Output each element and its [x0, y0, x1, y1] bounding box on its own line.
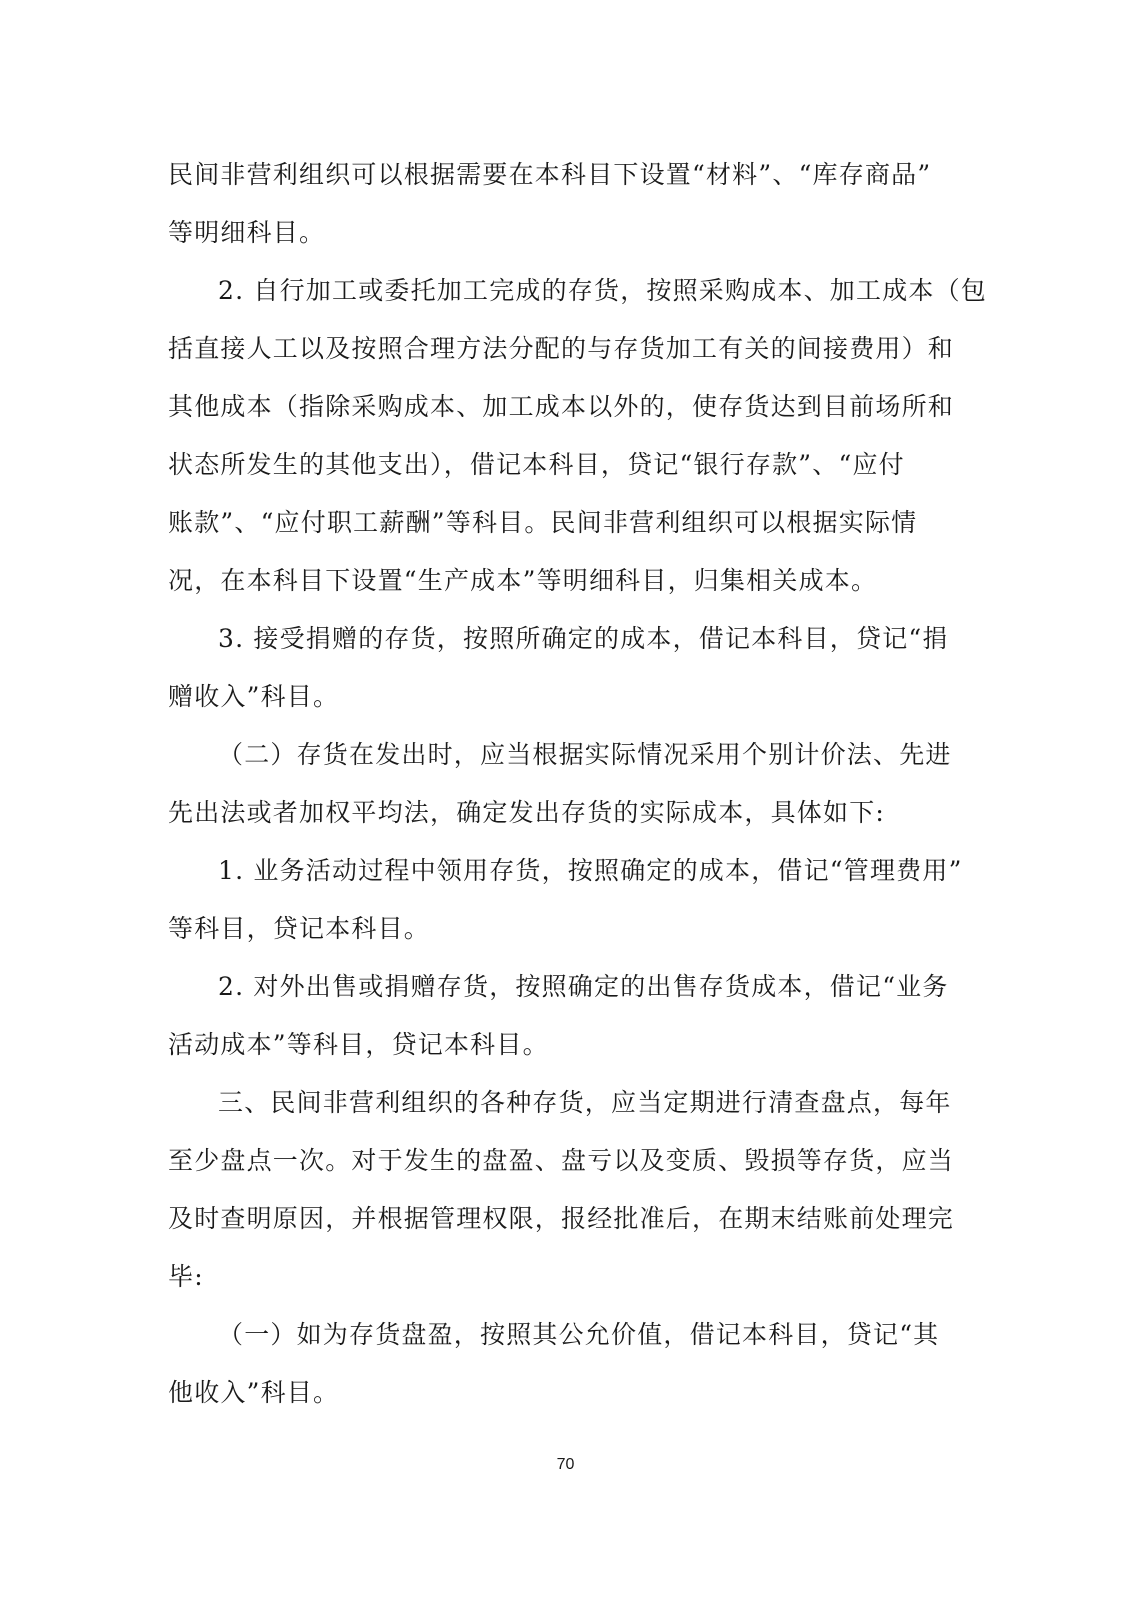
text-line: 1. 业务活动过程中领用存货，按照确定的成本，借记“管理费用”	[168, 842, 948, 900]
paragraph-item-1-usage: 1. 业务活动过程中领用存货，按照确定的成本，借记“管理费用” 等科目，贷记本科…	[168, 842, 948, 958]
text-line: 民间非营利组织可以根据需要在本科目下设置“材料”、“库存商品”	[168, 146, 948, 204]
page-number: 70	[0, 1456, 1131, 1474]
paragraph-subsection-1-surplus: （一）如为存货盘盈，按照其公允价值，借记本科目，贷记“其 他收入”科目。	[168, 1306, 948, 1422]
text-line: 等科目，贷记本科目。	[168, 900, 948, 958]
paragraph-item-3-donation: 3. 接受捐赠的存货，按照所确定的成本，借记本科目，贷记“捐 赠收入”科目。	[168, 610, 948, 726]
text-line: 况，在本科目下设置“生产成本”等明细科目，归集相关成本。	[168, 552, 948, 610]
text-line: 2. 自行加工或委托加工完成的存货，按照采购成本、加工成本（包	[168, 262, 948, 320]
text-line: 账款”、“应付职工薪酬”等科目。民间非营利组织可以根据实际情	[168, 494, 948, 552]
body-text: 民间非营利组织可以根据需要在本科目下设置“材料”、“库存商品” 等明细科目。 2…	[168, 146, 948, 1422]
text-line: 毕:	[168, 1248, 948, 1306]
text-line: 状态所发生的其他支出），借记本科目，贷记“银行存款”、“应付	[168, 436, 948, 494]
text-line: 至少盘点一次。对于发生的盘盈、盘亏以及变质、毁损等存货，应当	[168, 1132, 948, 1190]
text-line: 活动成本”等科目，贷记本科目。	[168, 1016, 948, 1074]
paragraph-section-3-stocktake: 三、民间非营利组织的各种存货，应当定期进行清查盘点，每年 至少盘点一次。对于发生…	[168, 1074, 948, 1306]
text-line: 3. 接受捐赠的存货，按照所确定的成本，借记本科目，贷记“捐	[168, 610, 948, 668]
paragraph-subaccount-setup: 民间非营利组织可以根据需要在本科目下设置“材料”、“库存商品” 等明细科目。	[168, 146, 948, 262]
text-line: 等明细科目。	[168, 204, 948, 262]
paragraph-item-2-processing: 2. 自行加工或委托加工完成的存货，按照采购成本、加工成本（包 括直接人工以及按…	[168, 262, 948, 610]
text-line: 其他成本（指除采购成本、加工成本以外的，使存货达到目前场所和	[168, 378, 948, 436]
text-line: 2. 对外出售或捐赠存货，按照确定的出售存货成本，借记“业务	[168, 958, 948, 1016]
text-line: 括直接人工以及按照合理方法分配的与存货加工有关的间接费用）和	[168, 320, 948, 378]
paragraph-item-2-sale: 2. 对外出售或捐赠存货，按照确定的出售存货成本，借记“业务 活动成本”等科目，…	[168, 958, 948, 1074]
text-line: （二）存货在发出时，应当根据实际情况采用个别计价法、先进	[168, 726, 948, 784]
text-line: 及时查明原因，并根据管理权限，报经批准后，在期末结账前处理完	[168, 1190, 948, 1248]
paragraph-section-2-issuance: （二）存货在发出时，应当根据实际情况采用个别计价法、先进 先出法或者加权平均法，…	[168, 726, 948, 842]
text-line: 他收入”科目。	[168, 1364, 948, 1422]
text-line: 赠收入”科目。	[168, 668, 948, 726]
text-line: 三、民间非营利组织的各种存货，应当定期进行清查盘点，每年	[168, 1074, 948, 1132]
text-line: （一）如为存货盘盈，按照其公允价值，借记本科目，贷记“其	[168, 1306, 948, 1364]
text-line: 先出法或者加权平均法，确定发出存货的实际成本，具体如下:	[168, 784, 948, 842]
document-page: 民间非营利组织可以根据需要在本科目下设置“材料”、“库存商品” 等明细科目。 2…	[0, 0, 1131, 1600]
